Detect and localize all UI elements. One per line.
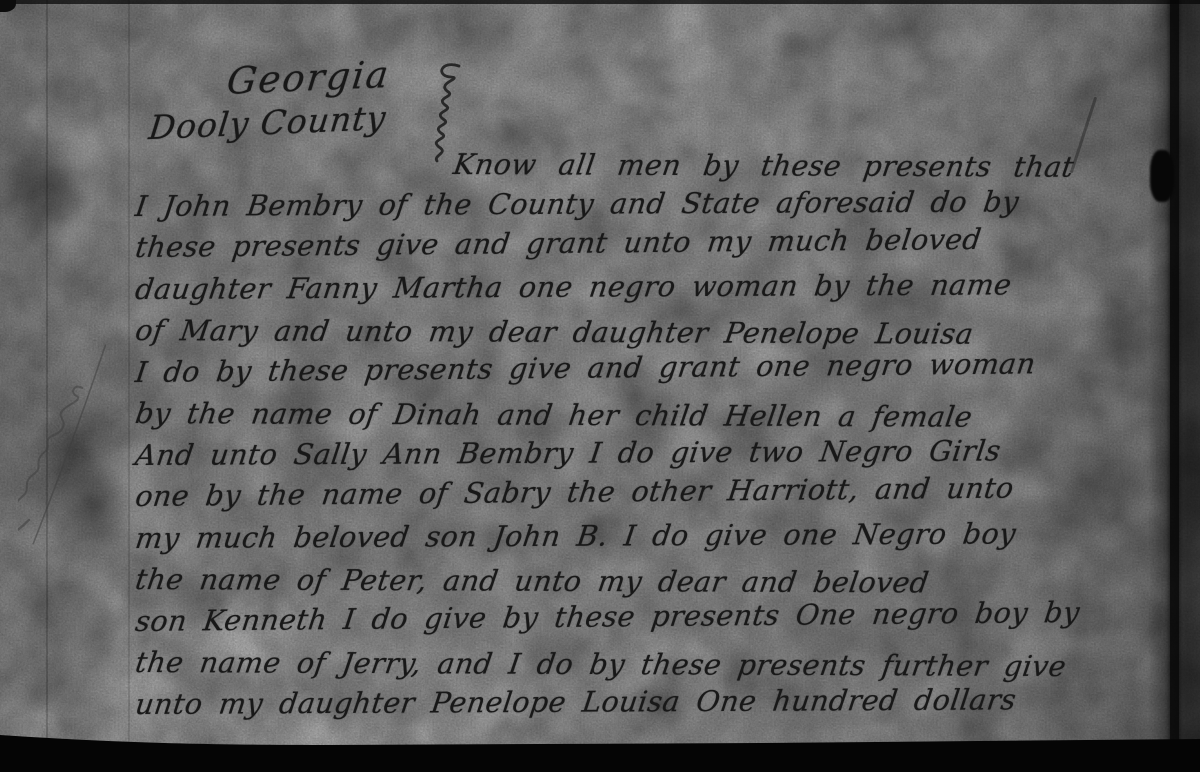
page-fold-line-inner	[128, 0, 130, 772]
body-line: one by the name of Sabry the other Harri…	[132, 470, 1149, 521]
film-bottom-band	[0, 726, 1200, 772]
document-heading: Georgia Dooly County	[146, 53, 392, 147]
body-line: daughter Fanny Martha one negro woman by…	[132, 267, 1148, 314]
right-gutter-line	[1170, 0, 1179, 772]
right-gutter-blob	[1150, 150, 1174, 202]
heading-state: Georgia	[225, 53, 393, 103]
film-top-edge	[0, 0, 1200, 4]
body-line: my much beloved son John B. I do give on…	[132, 516, 1148, 563]
microfilm-scan-frame: Georgia Dooly County Know all men by the…	[0, 0, 1200, 772]
body-line: these presents give and grant unto my mu…	[132, 221, 1149, 272]
body-line: unto my daughter Penelope Louisa One hun…	[132, 682, 1148, 729]
document-text-block: Know all men by these presents that I Jo…	[135, 148, 1145, 729]
margin-annotation	[18, 330, 108, 560]
